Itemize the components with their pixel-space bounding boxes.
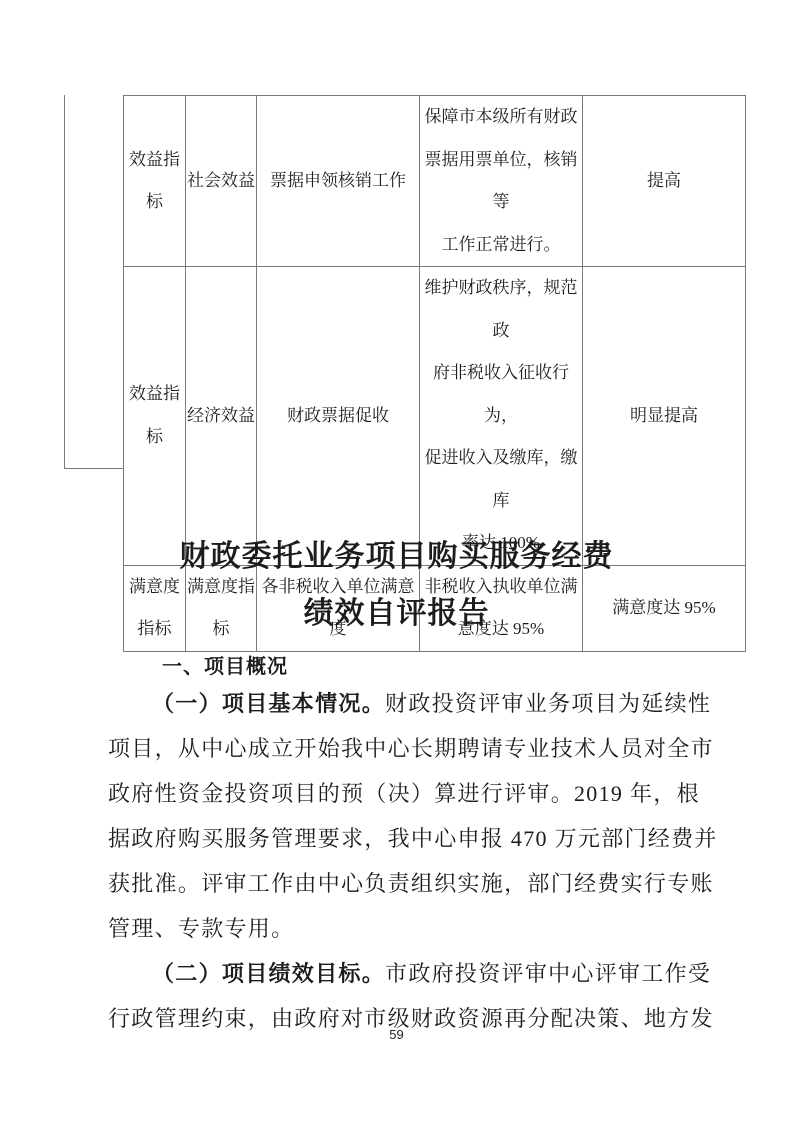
cell-indicator-category: 效益指 标 (124, 267, 186, 566)
cell-indicator-result: 提高 (583, 96, 746, 267)
body-text: （一）项目基本情况。财政投资评审业务项目为延续性 项目，从中心成立开始我中心长期… (108, 681, 724, 1041)
cell-indicator-result: 明显提高 (583, 267, 746, 566)
report-title-line1: 财政委托业务项目购买服务经费 (0, 528, 793, 585)
section-heading: 一、项目概况 (162, 650, 288, 679)
report-title-line2: 绩效自评报告 (0, 585, 793, 642)
table-row: 效益指 标 社会效益 票据申领核销工作 保障市本级所有财政 票据用票单位，核销等… (124, 96, 746, 267)
cell-indicator-name: 财政票据促收 (257, 267, 420, 566)
paragraph-2-line: （二）项目绩效目标。市政府投资评审中心评审工作受 (108, 951, 724, 996)
paragraph-1-line1-rest: 财政投资评审业务项目为延续性 (385, 691, 711, 716)
cell-indicator-type: 社会效益 (186, 96, 257, 267)
table-left-continuation-cell (64, 95, 124, 469)
cell-indicator-target: 维护财政秩序，规范政 府非税收入征收行为， 促进收入及缴库，缴库 率达 100% (420, 267, 583, 566)
document-page: 效益指 标 社会效益 票据申领核销工作 保障市本级所有财政 票据用票单位，核销等… (0, 0, 793, 1122)
paragraph-1-line: 政府性资金投资项目的预（决）算进行评审。2019 年，根 (108, 771, 724, 816)
table-row: 效益指 标 经济效益 财政票据促收 维护财政秩序，规范政 府非税收入征收行为， … (124, 267, 746, 566)
paragraph-1-line: 管理、专款专用。 (108, 906, 724, 951)
cell-indicator-category: 效益指 标 (124, 96, 186, 267)
paragraph-1-lead: （一）项目基本情况。 (152, 691, 385, 716)
paragraph-1-line: （一）项目基本情况。财政投资评审业务项目为延续性 (108, 681, 724, 726)
cell-indicator-type: 经济效益 (186, 267, 257, 566)
report-title: 财政委托业务项目购买服务经费 绩效自评报告 (0, 528, 793, 642)
paragraph-1-line: 项目，从中心成立开始我中心长期聘请专业技术人员对全市 (108, 726, 724, 771)
page-number: 59 (0, 1027, 793, 1042)
paragraph-1-line: 据政府购买服务管理要求，我中心申报 470 万元部门经费并 (108, 816, 724, 861)
paragraph-2-lead: （二）项目绩效目标。 (152, 961, 385, 986)
cell-indicator-target: 保障市本级所有财政 票据用票单位，核销等 工作正常进行。 (420, 96, 583, 267)
cell-indicator-name: 票据申领核销工作 (257, 96, 420, 267)
paragraph-1-line: 获批准。评审工作由中心负责组织实施，部门经费实行专账 (108, 861, 724, 906)
paragraph-2-line1-rest: 市政府投资评审中心评审工作受 (385, 961, 711, 986)
